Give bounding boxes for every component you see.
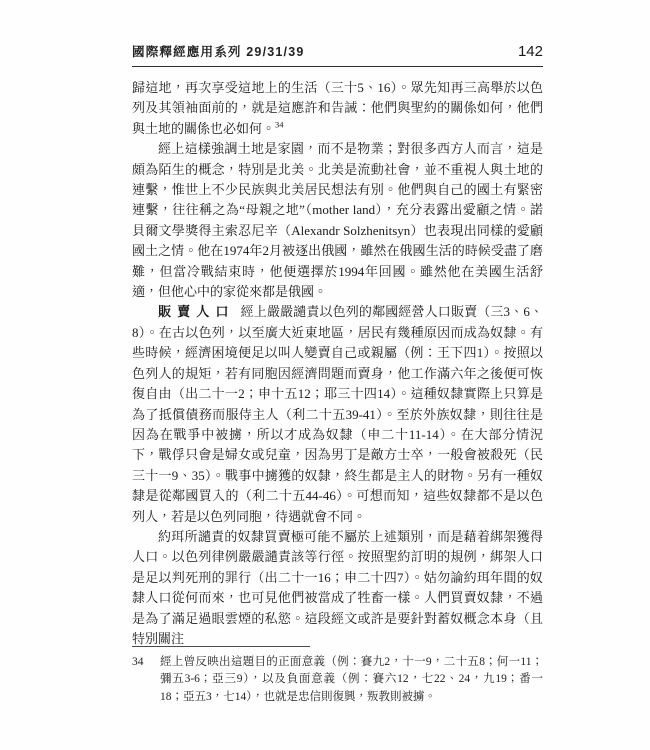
footnote-text: 經上曾反映出這題目的正面意義（例：賽九2，十一9，二十五8；何一11；彌五3-6…	[160, 654, 543, 706]
footnote-block: 34 經上曾反映出這題目的正面意義（例：賽九2，十一9，二十五8；何一11；彌五…	[132, 646, 543, 706]
paragraph-3-text: 經上嚴嚴譴責以色列的鄰國經營人口販賣（三3、6、8）。在古以色列，以至廣大近東地…	[132, 304, 543, 523]
paragraph-2: 經上這樣強調土地是家園，而不是物業；對很多西方人而言，這是頗為陌生的概念，特別是…	[132, 139, 543, 302]
footnote-34: 34 經上曾反映出這題目的正面意義（例：賽九2，十一9，二十五8；何一11；彌五…	[132, 654, 543, 706]
paragraph-1: 歸這地，再次享受這地上的生活（三十5、16）。眾先知再三高舉於以色列及其領袖面前…	[132, 78, 543, 139]
paragraph-1-text: 歸這地，再次享受這地上的生活（三十5、16）。眾先知再三高舉於以色列及其領袖面前…	[132, 80, 543, 136]
paragraph-3: 販賣人口經上嚴嚴譴責以色列的鄰國經營人口販賣（三3、6、8）。在古以色列，以至廣…	[132, 302, 543, 526]
body-text: 歸這地，再次享受這地上的生活（三十5、16）。眾先知再三高舉於以色列及其領袖面前…	[132, 78, 543, 649]
paragraph-3-heading: 販賣人口	[158, 304, 235, 319]
paragraph-4: 約珥所譴責的奴隸買賣極可能不屬於上述類別，而是藉着綁架獲得人口。以色列律例嚴嚴譴…	[132, 527, 543, 649]
book-page: 國際釋經應用系列 29/31/39 142 歸這地，再次享受這地上的生活（三十5…	[0, 0, 650, 750]
paragraph-4-text: 約珥所譴責的奴隸買賣極可能不屬於上述類別，而是藉着綁架獲得人口。以色列律例嚴嚴譴…	[132, 529, 543, 646]
footnote-reference-34: 34	[275, 119, 284, 129]
series-title: 國際釋經應用系列 29/31/39	[132, 42, 305, 60]
running-header: 國際釋經應用系列 29/31/39 142	[132, 42, 543, 67]
page-number: 142	[518, 43, 543, 60]
footnote-separator	[132, 646, 310, 647]
footnote-number: 34	[132, 654, 160, 706]
paragraph-2-text: 經上這樣強調土地是家園，而不是物業；對很多西方人而言，這是頗為陌生的概念，特別是…	[132, 141, 543, 299]
